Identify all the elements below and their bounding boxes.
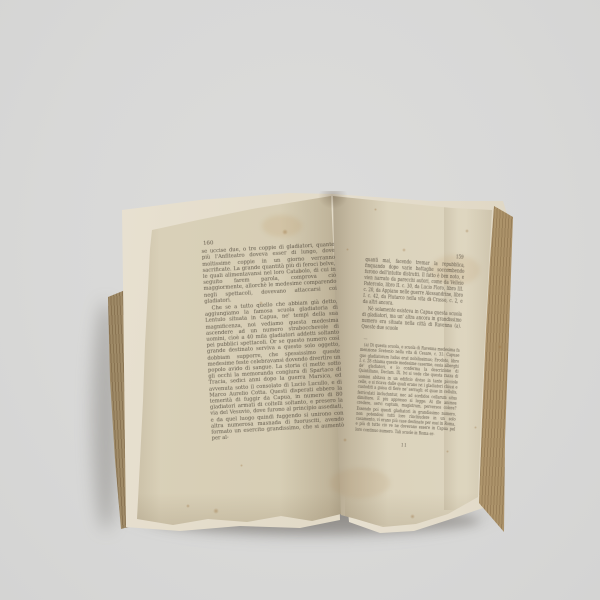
foxing-spot: [282, 229, 288, 235]
foxing-spot: [213, 508, 219, 514]
footnote: (a) Di questa scuola, e scuola di Ravenn…: [355, 343, 460, 439]
right-paragraph-1: quanti mai, facendo tremar la repubblica…: [363, 257, 465, 311]
left-paragraph-2: Che se a tutto quello che abbiam già det…: [205, 299, 345, 442]
right-page-text: 159 quanti mai, facendo tremar la repubb…: [354, 249, 465, 452]
foxing-spot: [410, 514, 415, 519]
gutter-top-crevice: [318, 191, 348, 209]
foxing-spot: [343, 438, 347, 442]
right-paragraph-2: Nè solamente esisteva in Capua questa sc…: [361, 306, 462, 336]
photo-scene: 160 se uccise due, o tre coppie di gladi…: [0, 0, 600, 600]
foxing-spot: [346, 248, 349, 251]
foxing-spot: [374, 208, 377, 211]
paper-stain: [330, 468, 390, 498]
foxing-spot: [498, 345, 502, 349]
foxing-spot: [465, 229, 469, 233]
foxing-spot: [240, 464, 243, 467]
foxing-spot: [474, 426, 477, 429]
left-paragraph-1: se uccise due, o tre coppie di gladiator…: [201, 242, 337, 305]
left-page-text: 160 se uccise due, o tre coppie di gladi…: [201, 234, 345, 442]
foxing-spot: [186, 504, 190, 508]
